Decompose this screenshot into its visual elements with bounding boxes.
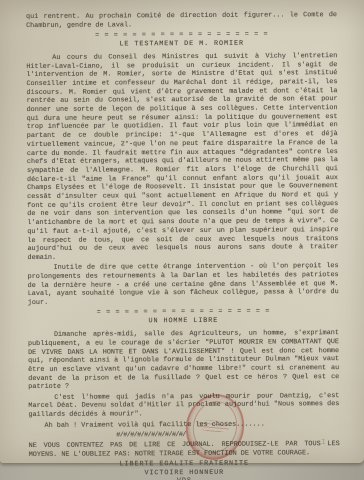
- article2-paragraph-3: Ah bah ! Vraiment voilà qui facilite les…: [28, 420, 339, 431]
- continuation-paragraph: qui rentrent. Au prochain Comité de dire…: [26, 11, 337, 30]
- article1-paragraph-2: Inutile de dire que cette étrange interv…: [28, 262, 339, 307]
- article-title-testament: LE TESTAMENT DE M. ROMIER: [26, 39, 337, 50]
- reader-appeal: NE VOUS CONTENTEZ PAS DE LIRE CE JOURNAL…: [29, 440, 340, 459]
- article-title-homme-libre: UN HOMME LIBRE: [28, 317, 339, 328]
- pencil-mark: 1: [321, 438, 326, 447]
- article2-paragraph-2: C'est l'homme qui jadis n'a pas voulu mo…: [28, 392, 339, 420]
- article1-paragraph-1: Au cours du Conseil des Ministres qui su…: [26, 52, 338, 263]
- scan-backdrop: qui rentrent. Au prochain Comité de dire…: [0, 0, 364, 480]
- article2-paragraph-1: Dimanche après-midi, salle des Agriculte…: [28, 329, 339, 392]
- paper-sheet: qui rentrent. Au prochain Comité de dire…: [0, 0, 364, 463]
- typewritten-text-block: qui rentrent. Au prochain Comité de dire…: [26, 11, 340, 480]
